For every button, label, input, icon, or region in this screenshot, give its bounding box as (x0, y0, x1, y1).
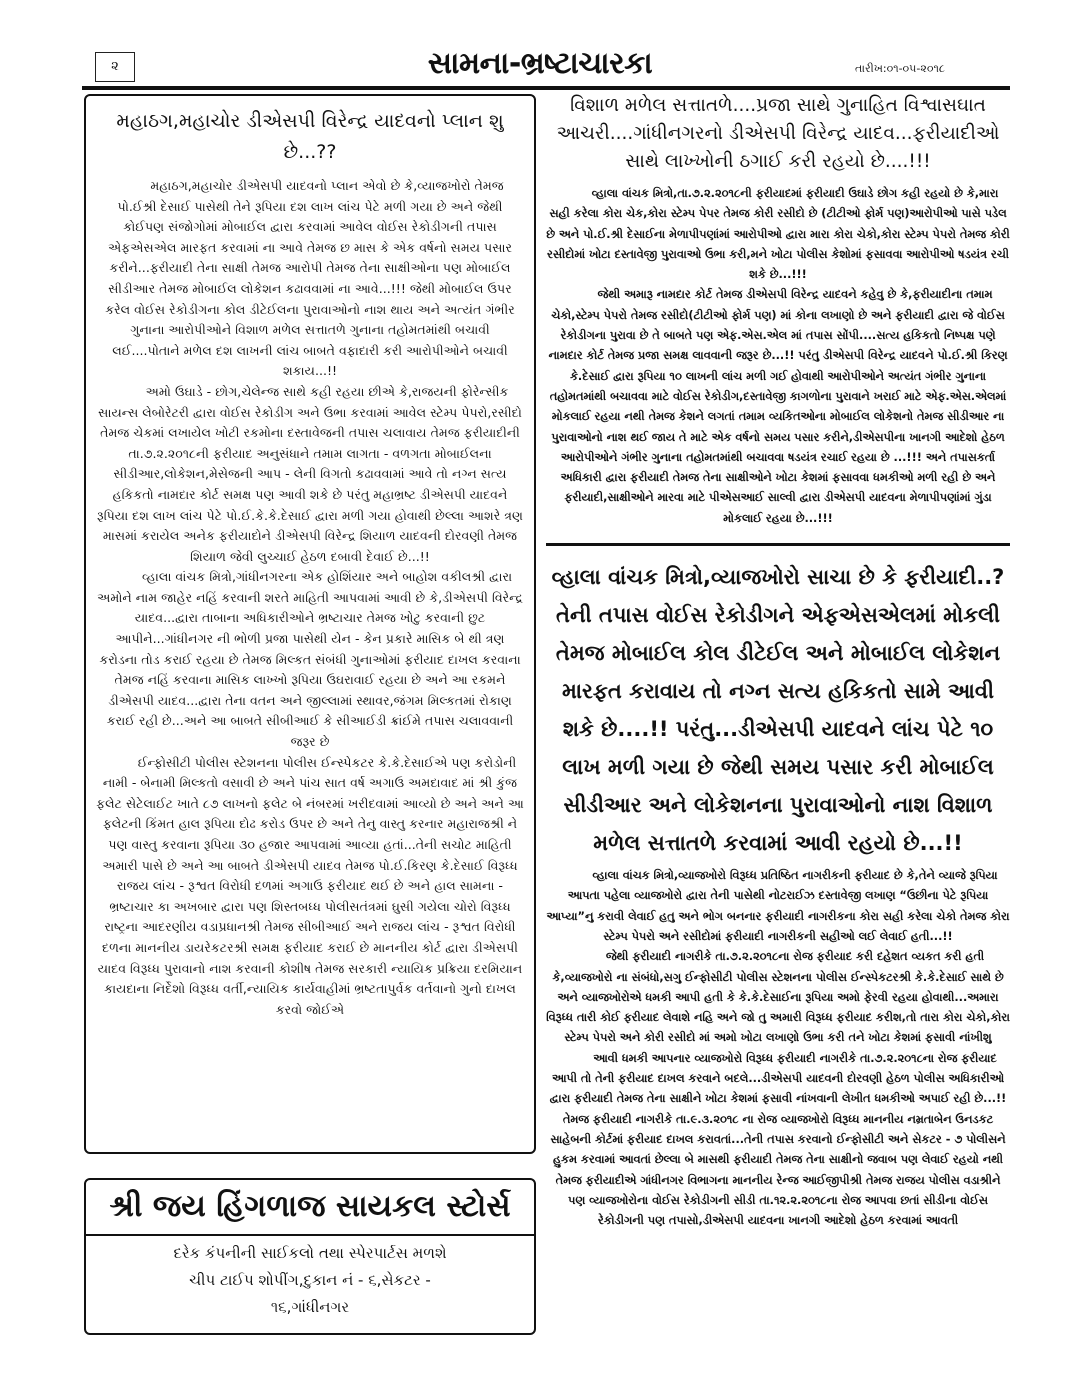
advertisement-line: ચીપ ટાઈપ શોપીંગ,દુકાન નં - ૬,સેકટર - (86, 1267, 534, 1294)
right-column: વિશાળ મળેલ સત્તાતળે....પ્રજા સાથે ગુનાહિ… (546, 92, 1010, 1231)
right-article-2-headline: વ્હાલા વાંચક મિત્રો,વ્યાજખોરો સાચા છે કે… (546, 558, 1010, 862)
advertisement-body: દરેક કંપનીની સાઈકલો તથા સ્પેરપાર્ટસ મળશે… (86, 1236, 534, 1321)
paragraph: અમો ઉઘાડે - છોગ,ચેલેન્જ સાથે કહી રહયા છી… (96, 382, 524, 567)
paragraph: જેથી ફરીયાદી નાગરીકે તા.૭.૨.૨૦૧૮ના રોજ ફ… (546, 947, 1010, 1048)
left-article-headline: મહાઠગ,મહાચોર ડીએસપી વિરેન્દ્ર યાદવનો પ્લ… (96, 106, 524, 168)
advertisement-title: શ્રી જય હિંગળાજ સાયકલ સ્ટોર્સ (86, 1180, 534, 1236)
advertisement-box: શ્રી જય હિંગળાજ સાયકલ સ્ટોર્સ દરેક કંપની… (84, 1178, 536, 1335)
advertisement-line: ૧૬,ગાંધીનગર (86, 1294, 534, 1321)
masthead-rule (82, 86, 1010, 90)
masthead: ૨ સામના-ભ્રષ્ટાચારકા તારીખ:૦૧-૦૫-૨૦૧૮ (0, 0, 1080, 90)
right-article-2-body: વ્હાલા વાંચક મિત્રો,વ્યાજખોરો વિરૂધ્ધ પ્… (546, 866, 1010, 1231)
paragraph: આવી ધમકી આપનાર વ્યાજખોરો વિરૂધ્ધ ફરીયાદી… (546, 1049, 1010, 1232)
left-article-body: મહાઠગ,મહાચોર ડીએસપી યાદવનો પ્લાન એવો છે … (96, 176, 524, 1020)
left-column: મહાઠગ,મહાચોર ડીએસપી વિરેન્દ્ર યાદવનો પ્લ… (84, 94, 536, 1154)
section-divider (546, 543, 1010, 546)
paragraph: વ્હાલા વાંચક મિત્રો,ગાંધીનગરના એક હોશિંય… (96, 567, 524, 752)
right-article-1: વિશાળ મળેલ સત્તાતળે....પ્રજા સાથે ગુનાહિ… (546, 92, 1010, 529)
paragraph: ઈન્ફોસીટી પોલીસ સ્ટેશનના પોલીસ ઈન્સ્પેકટ… (96, 753, 524, 1021)
issue-date: તારીખ:૦૧-૦૫-૨૦૧૮ (855, 62, 945, 76)
right-article-1-headline: વિશાળ મળેલ સત્તાતળે....પ્રજા સાથે ગુનાહિ… (546, 92, 1010, 176)
left-article: મહાઠગ,મહાચોર ડીએસપી વિરેન્દ્ર યાદવનો પ્લ… (84, 94, 536, 1154)
paragraph: વ્હાલા વાંચક મિત્રો,તા.૭.૨.૨૦૧૮ની ફરીયાદ… (546, 184, 1010, 285)
paragraph: જેથી અમારૂ નામદાર કોર્ટ તેમજ ડીએસપી વિરે… (546, 285, 1010, 529)
paragraph: વ્હાલા વાંચક મિત્રો,વ્યાજખોરો વિરૂધ્ધ પ્… (546, 866, 1010, 947)
advertisement-line: દરેક કંપનીની સાઈકલો તથા સ્પેરપાર્ટસ મળશે (86, 1240, 534, 1267)
paragraph: મહાઠગ,મહાચોર ડીએસપી યાદવનો પ્લાન એવો છે … (96, 176, 524, 382)
right-article-2: વ્હાલા વાંચક મિત્રો,વ્યાજખોરો સાચા છે કે… (546, 558, 1010, 1231)
right-article-1-body: વ્હાલા વાંચક મિત્રો,તા.૭.૨.૨૦૧૮ની ફરીયાદ… (546, 184, 1010, 529)
